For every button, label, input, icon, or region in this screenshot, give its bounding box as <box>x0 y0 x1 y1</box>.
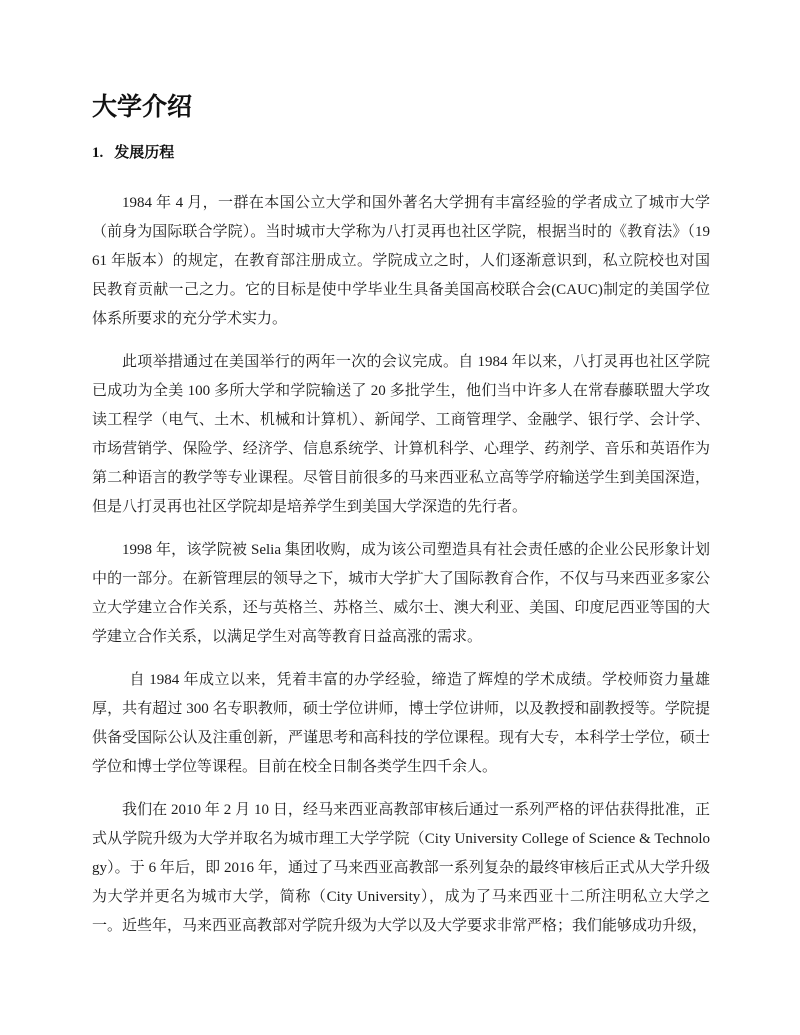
paragraph-academic-achievements: 自 1984 年成立以来，凭着丰富的办学经验，缔造了辉煌的学术成绩。学校师资力量… <box>92 666 710 782</box>
document-page: 大学介绍 1.发展历程 1984 年 4 月，一群在本国公立大学和国外著名大学拥… <box>0 0 800 1035</box>
section-heading: 1.发展历程 <box>92 143 710 163</box>
section-number: 1. <box>92 143 103 163</box>
paragraph-founding-1984: 1984 年 4 月，一群在本国公立大学和国外著名大学拥有丰富经验的学者成立了城… <box>92 189 710 334</box>
paragraph-selia-acquisition-1998: 1998 年，该学院被 Selia 集团收购，成为该公司塑造具有社会责任感的企业… <box>92 536 710 652</box>
paragraph-us-transfer-program: 此项举措通过在美国举行的两年一次的会议完成。自 1984 年以来，八打灵再也社区… <box>92 348 710 522</box>
paragraph-university-upgrade-2010-2016: 我们在 2010 年 2 月 10 日，经马来西亚高教部审核后通过一系列严格的评… <box>92 796 710 941</box>
section-title: 发展历程 <box>114 145 174 161</box>
document-title: 大学介绍 <box>92 92 710 123</box>
